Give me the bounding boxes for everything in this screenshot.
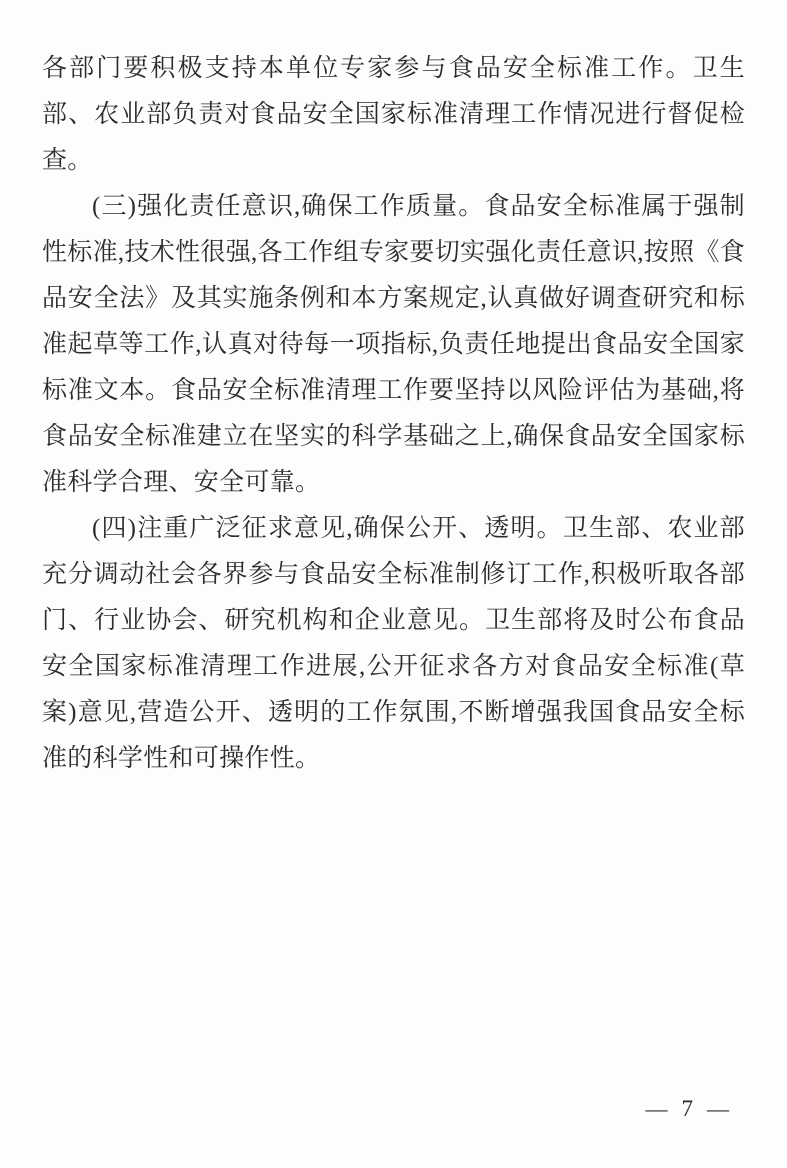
page-number: 7 bbox=[682, 1094, 694, 1124]
document-body: 各部门要积极支持本单位专家参与食品安全标准工作。卫生部、农业部负责对食品安全国家… bbox=[42, 46, 745, 782]
page-footer: — 7 — bbox=[646, 1094, 730, 1124]
footer-right-dash: — bbox=[707, 1094, 729, 1124]
paragraph-item-four: (四)注重广泛征求意见,确保公开、透明。卫生部、农业部充分调动社会各界参与食品安… bbox=[42, 506, 745, 782]
scanned-document-page: 各部门要积极支持本单位专家参与食品安全标准工作。卫生部、农业部负责对食品安全国家… bbox=[0, 0, 787, 1168]
paragraph-item-three: (三)强化责任意识,确保工作质量。食品安全标准属于强制性标准,技术性很强,各工作… bbox=[42, 184, 745, 506]
footer-left-dash: — bbox=[646, 1094, 668, 1124]
paragraph-continuation: 各部门要积极支持本单位专家参与食品安全标准工作。卫生部、农业部负责对食品安全国家… bbox=[42, 46, 745, 184]
